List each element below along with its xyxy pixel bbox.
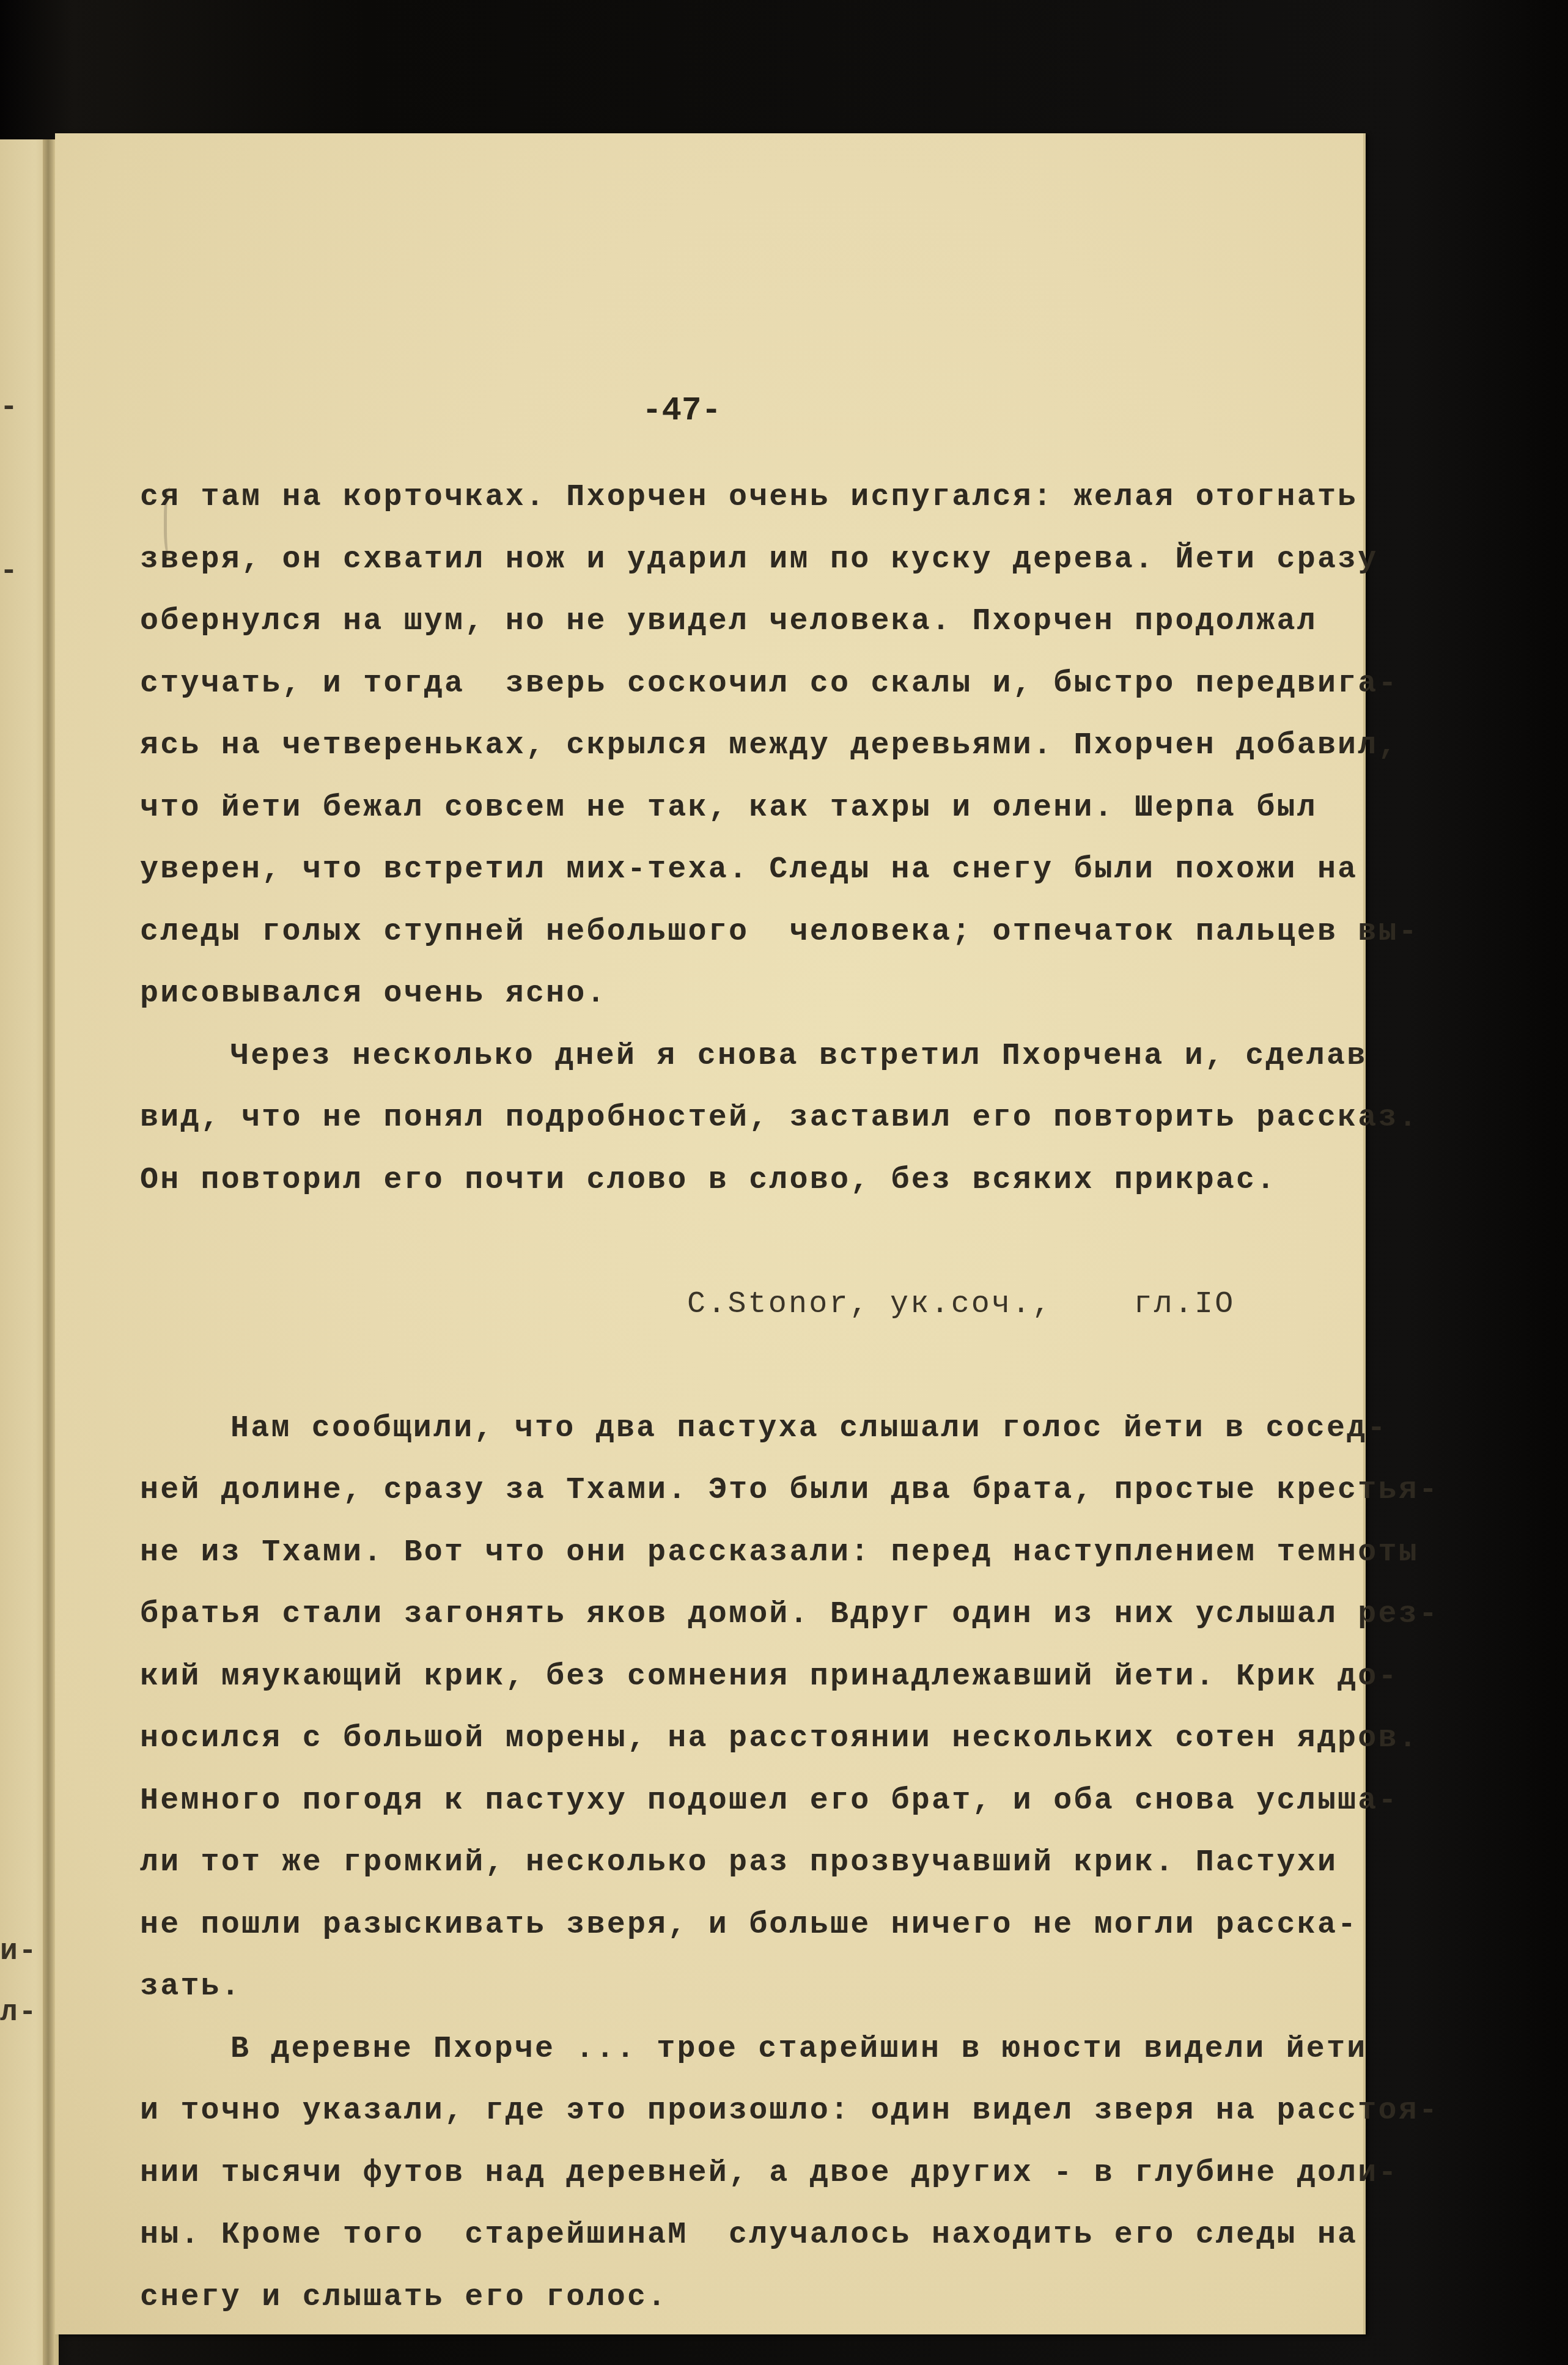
text-line: Через несколько дней я снова встретил Пх… — [140, 1025, 1356, 1088]
text-line: уверен, что встретил мих-теха. Следы на … — [140, 839, 1356, 901]
left-page-fragment: л- — [0, 1996, 38, 2029]
text-line: нии тысячи футов над деревней, а двое др… — [140, 2142, 1356, 2205]
text-line: Он повторил его почти слово в слово, без… — [140, 1149, 1356, 1212]
text-line: зверя, он схватил нож и ударил им по кус… — [140, 529, 1356, 591]
text-line: что йети бежал совсем не так, как тахры … — [140, 777, 1356, 839]
text-line: ны. Кроме того старейшинаМ случалось нах… — [140, 2204, 1356, 2267]
text-line: ясь на четвереньках, скрылся между дерев… — [140, 715, 1356, 777]
text-line: ней долине, сразу за Тхами. Это были два… — [140, 1459, 1356, 1522]
text-line: рисовывался очень ясно. — [140, 963, 1356, 1025]
text-line: ли тот же громкий, несколько раз прозвуч… — [140, 1832, 1356, 1894]
left-page-fragment: и- — [0, 1935, 38, 1968]
text-line: следы голых ступней небольшого человека;… — [140, 901, 1356, 964]
text-line: зать. — [140, 1956, 1356, 2018]
citation-line: C.Stonor, ук.соч., гл.IO — [140, 1274, 1356, 1336]
blank-line — [140, 1211, 1356, 1274]
left-page-fragment: - — [0, 391, 19, 424]
text-line: носился с большой морены, на расстоянии … — [140, 1708, 1356, 1770]
text-line: В деревне Пхорче ... трое старейшин в юн… — [140, 2018, 1356, 2081]
text-line: обернулся на шум, но не увидел человека.… — [140, 591, 1356, 653]
document-page: -47- ся там на корточках. Пхорчен очень … — [55, 133, 1363, 2334]
body-text: ся там на корточках. Пхорчен очень испуг… — [140, 467, 1356, 2328]
text-line: и точно указали, где это произошло: один… — [140, 2080, 1356, 2142]
text-line: вид, что не понял подробностей, заставил… — [140, 1087, 1356, 1149]
text-line: снегу и слышать его голос. — [140, 2267, 1356, 2329]
text-line: не из Тхами. Вот что они рассказали: пер… — [140, 1522, 1356, 1584]
left-page-fragment: - — [0, 555, 19, 588]
text-line: Немного погодя к пастуху подошел его бра… — [140, 1770, 1356, 1832]
text-line: стучать, и тогда зверь соскочил со скалы… — [140, 653, 1356, 715]
page-number: -47- — [28, 393, 1336, 430]
text-line: не пошли разыскивать зверя, и больше нич… — [140, 1894, 1356, 1957]
book-spine — [43, 139, 54, 2365]
text-line: ся там на корточках. Пхорчен очень испуг… — [140, 467, 1356, 529]
text-line: братья стали загонять яков домой. Вдруг … — [140, 1584, 1356, 1646]
text-line: кий мяукающий крик, без сомнения принадл… — [140, 1646, 1356, 1708]
text-line: Нам сообщили, что два пастуха слышали го… — [140, 1398, 1356, 1460]
blank-line — [140, 1335, 1356, 1398]
